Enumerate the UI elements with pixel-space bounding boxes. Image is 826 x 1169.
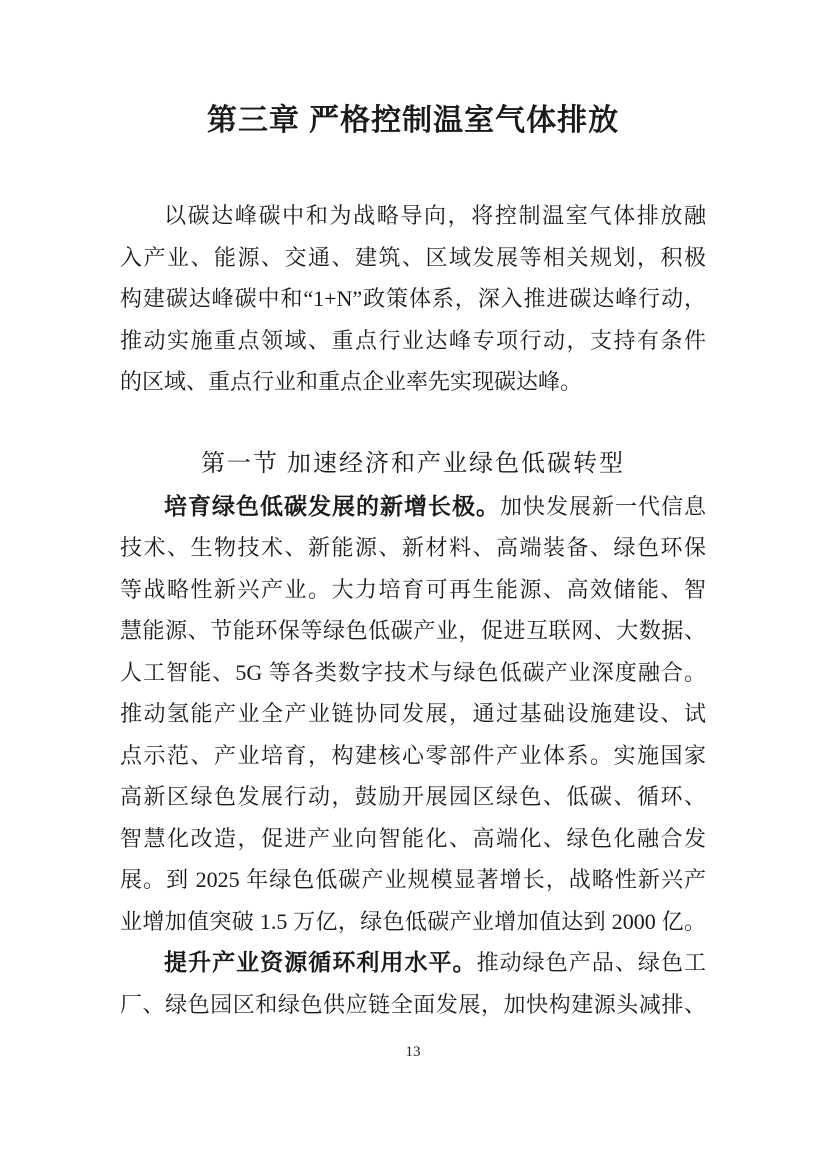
text-line: 展。到 2025 年绿色低碳产业规模显著增长，战略性新兴产 [120, 859, 706, 901]
text-line: 点示范、产业培育，构建核心零部件产业体系。实施国家 [120, 735, 706, 777]
text-line: 人工智能、5G 等各类数字技术与绿色低碳产业深度融合。 [120, 652, 706, 694]
text-line: 慧能源、节能环保等绿色低碳产业，促进互联网、大数据、 [120, 610, 706, 652]
paragraph-green-growth: 培育绿色低碳发展的新增长极。加快发展新一代信息 技术、生物技术、新能源、新材料、… [120, 486, 706, 943]
intro-paragraph: 以碳达峰碳中和为战略导向，将控制温室气体排放融 入产业、能源、交通、建筑、区域发… [120, 195, 706, 403]
section-title: 第一节 加速经济和产业绿色低碳转型 [120, 444, 706, 486]
text-line: 业增加值突破 1.5 万亿，绿色低碳产业增加值达到 2000 亿。 [120, 901, 706, 943]
text-line: 智慧化改造，促进产业向智能化、高端化、绿色化融合发 [120, 818, 706, 860]
text-line: 的区域、重点行业和重点企业率先实现碳达峰。 [120, 361, 706, 403]
text-line: 以碳达峰碳中和为战略导向，将控制温室气体排放融 [120, 195, 706, 237]
paragraph-lead-rest: 推动绿色产品、绿色工 [477, 950, 706, 975]
text-line: 提升产业资源循环利用水平。推动绿色产品、绿色工 [120, 942, 706, 984]
paragraph-resource-recycling: 提升产业资源循环利用水平。推动绿色产品、绿色工 厂、绿色园区和绿色供应链全面发展… [120, 942, 706, 1025]
text-line: 培育绿色低碳发展的新增长极。加快发展新一代信息 [120, 486, 706, 528]
page-number: 13 [0, 1042, 826, 1062]
text-line: 高新区绿色发展行动，鼓励开展园区绿色、低碳、循环、 [120, 776, 706, 818]
page-content: 第三章 严格控制温室气体排放 以碳达峰碳中和为战略导向，将控制温室气体排放融 入… [120, 98, 706, 1025]
paragraph-lead: 培育绿色低碳发展的新增长极。 [164, 494, 500, 519]
document-page: 第三章 严格控制温室气体排放 以碳达峰碳中和为战略导向，将控制温室气体排放融 入… [0, 0, 826, 1169]
text-line: 推动氢能产业全产业链协同发展，通过基础设施建设、试 [120, 693, 706, 735]
blank-line [120, 403, 706, 445]
text-line: 入产业、能源、交通、建筑、区域发展等相关规划，积极 [120, 237, 706, 279]
chapter-title: 第三章 严格控制温室气体排放 [120, 98, 706, 144]
text-line: 等战略性新兴产业。大力培育可再生能源、高效储能、智 [120, 569, 706, 611]
paragraph-lead-rest: 加快发展新一代信息 [500, 494, 706, 519]
text-line: 构建碳达峰碳中和“1+N”政策体系，深入推进碳达峰行动， [120, 278, 706, 320]
paragraph-lead: 提升产业资源循环利用水平。 [164, 950, 477, 975]
text-line: 技术、生物技术、新能源、新材料、高端装备、绿色环保 [120, 527, 706, 569]
text-line: 厂、绿色园区和绿色供应链全面发展，加快构建源头减排、 [120, 984, 706, 1026]
text-line: 推动实施重点领域、重点行业达峰专项行动，支持有条件 [120, 320, 706, 362]
